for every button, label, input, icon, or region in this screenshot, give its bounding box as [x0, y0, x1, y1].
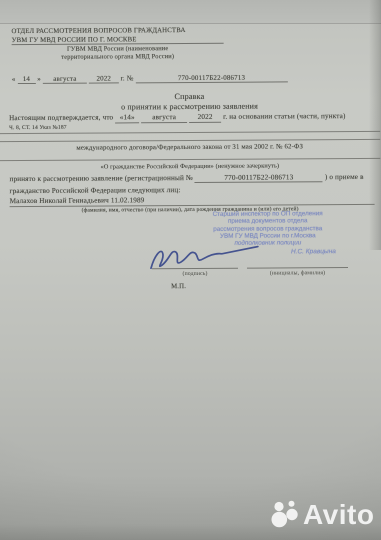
stamp-place-mark: М.П.	[171, 283, 186, 290]
ruled-line-3	[0, 157, 380, 160]
signature-caption: (подпись)	[152, 270, 238, 277]
confirm-day-field: «14»	[115, 114, 139, 123]
initials-caption: (инициалы, фамилия)	[247, 270, 348, 277]
document-number-field: 770-00117Б22-086713	[135, 74, 287, 83]
date-day-field: 14	[17, 76, 35, 84]
confirm-month-field: августа	[141, 114, 187, 123]
open-quote: «	[12, 75, 16, 83]
date-year-field: 2022	[89, 75, 119, 84]
paper-right-edge-shadow	[369, 0, 381, 250]
certificate-document: ОТДЕЛ РАССМОТРЕНИЯ ВОПРОСОВ ГРАЖДАНСТВА …	[0, 0, 381, 540]
accepted-part1: принято к рассмотрению заявление (регист…	[9, 173, 193, 182]
number-label: г. №	[121, 74, 134, 82]
close-quote: »	[37, 75, 41, 83]
basis-note: Ч. 8, СТ. 14 Указ №187	[9, 125, 67, 131]
accepted-line-2: гражданство Российской Федерации следующ…	[9, 186, 180, 195]
avito-watermark: Avito	[271, 499, 374, 528]
registration-number-field: 770-00117Б22-086713	[195, 174, 323, 183]
page-subtitle: о принятии к рассмотрению заявления	[0, 100, 380, 111]
header-org-name: ГУВМ МВД России (наименование	[12, 44, 224, 52]
confirm-year-field: 2022	[189, 114, 221, 123]
avito-wordmark: Avito	[303, 502, 374, 528]
initials-rule	[247, 267, 348, 269]
header-department-line2: УВМ ГУ МВД РОССИИ ПО Г. МОСКВЕ	[12, 35, 224, 44]
header-org-caption: территориального органа МВД России)	[12, 52, 224, 60]
accepted-part2: ) о приеме в	[325, 172, 364, 180]
ruled-line-2	[0, 138, 380, 141]
confirmation-suffix: г. на основании статьи (части, пункта)	[223, 112, 345, 121]
header-department-line1: ОТДЕЛ РАССМОТРЕНИЯ ВОПРОСОВ ГРАЖДАНСТВА	[12, 27, 186, 35]
date-month-field: августа	[43, 76, 87, 85]
law-caption: «О гражданстве Российской Федерации» (не…	[0, 161, 380, 170]
document-photo: ОТДЕЛ РАССМОТРЕНИЯ ВОПРОСОВ ГРАЖДАНСТВА …	[0, 0, 381, 540]
confirmation-prefix: Настоящим подтверждается, что	[9, 113, 113, 122]
accepted-line-1: принято к рассмотрению заявление (регист…	[9, 172, 363, 184]
date-number-row: « 14 » августа 2022 г. № 770-00117Б22-08…	[12, 73, 288, 84]
law-reference-line: международного договора/Федерального зак…	[0, 142, 380, 151]
ruled-line-1	[0, 130, 380, 133]
confirmation-line: Настоящим подтверждается, что «14» авгус…	[9, 112, 346, 124]
avito-logo-icon	[271, 499, 300, 528]
